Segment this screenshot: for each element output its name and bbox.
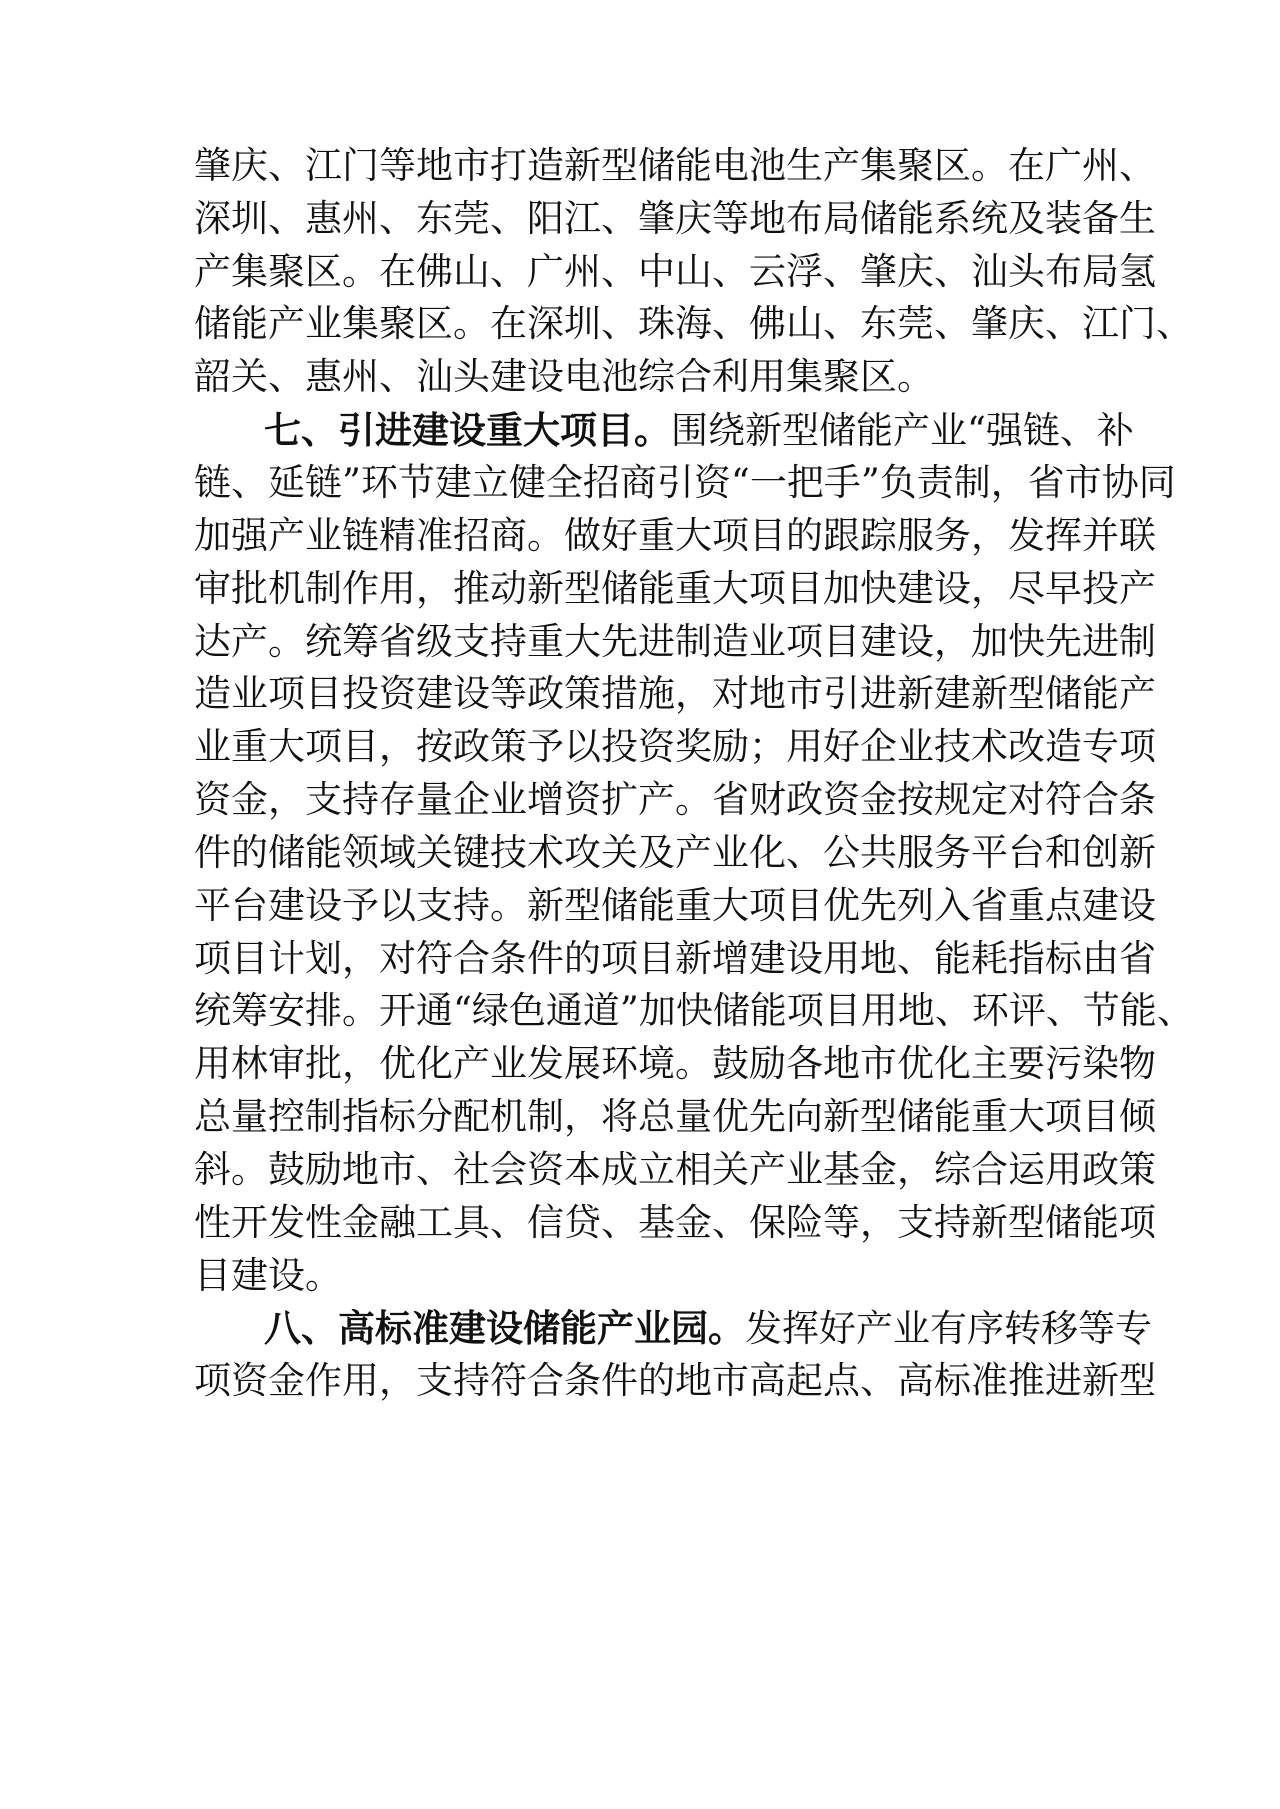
- paragraph-line: 韶关、惠州、汕头建设电池综合利用集聚区。: [194, 351, 1094, 403]
- paragraph-line: 目建设。: [194, 1250, 1094, 1302]
- paragraph-line: 项资金作用，支持符合条件的地市高起点、高标准推进新型: [194, 1355, 1094, 1407]
- paragraph-line: 件的储能领域关键技术攻关及产业化、公共服务平台和创新: [194, 827, 1094, 879]
- paragraph-line: 储能产业集聚区。在深圳、珠海、佛山、东莞、肇庆、江门、: [194, 298, 1094, 350]
- paragraph-line: 平台建设予以支持。新型储能重大项目优先列入省重点建设: [194, 880, 1094, 932]
- paragraph-line: 斜。鼓励地市、社会资本成立相关产业基金，综合运用政策: [194, 1144, 1094, 1196]
- paragraph-line: 性开发性金融工具、信贷、基金、保险等，支持新型储能项: [194, 1197, 1094, 1249]
- document-page: 肇庆、江门等地市打造新型储能电池生产集聚区。在广州、 深圳、惠州、东莞、阳江、肇…: [0, 0, 1280, 1809]
- paragraph-line: 深圳、惠州、东莞、阳江、肇庆等地布局储能系统及装备生: [194, 193, 1094, 245]
- paragraph-line: 资金，支持存量企业增资扩产。省财政资金按规定对符合条: [194, 774, 1094, 826]
- paragraph-line: 用林审批，优化产业发展环境。鼓励各地市优化主要污染物: [194, 1038, 1094, 1090]
- paragraph-line: 肇庆、江门等地市打造新型储能电池生产集聚区。在广州、: [194, 140, 1094, 192]
- paragraph-line: 产集聚区。在佛山、广州、中山、云浮、肇庆、汕头布局氢: [194, 246, 1094, 298]
- paragraph-line: 加强产业链精准招商。做好重大项目的跟踪服务，发挥并联: [194, 510, 1094, 562]
- paragraph-line: 统筹安排。开通“绿色通道”加快储能项目用地、环评、节能、: [194, 985, 1094, 1037]
- section-7-heading: 七、引进建设重大项目。: [264, 408, 671, 452]
- section-7-first-line: 七、引进建设重大项目。围绕新型储能产业“强链、补: [264, 404, 1094, 456]
- paragraph-line: 达产。统筹省级支持重大先进制造业项目建设，加快先进制: [194, 616, 1094, 668]
- paragraph-line: 总量控制指标分配机制，将总量优先向新型储能重大项目倾: [194, 1091, 1094, 1143]
- paragraph-line: 审批机制作用，推动新型储能重大项目加快建设，尽早投产: [194, 563, 1094, 615]
- paragraph-line: 业重大项目，按政策予以投资奖励；用好企业技术改造专项: [194, 721, 1094, 773]
- paragraph-line: 链、延链”环节建立健全招商引资“一把手”负责制，省市协同: [194, 457, 1094, 509]
- section-8-heading: 八、高标准建设储能产业园。: [264, 1306, 745, 1350]
- paragraph-line: 造业项目投资建设等政策措施，对地市引进新建新型储能产: [194, 668, 1094, 720]
- section-8-first-line: 八、高标准建设储能产业园。发挥好产业有序转移等专: [264, 1302, 1094, 1354]
- paragraph-line: 项目计划，对符合条件的项目新增建设用地、能耗指标由省: [194, 933, 1094, 985]
- section-8-text: 发挥好产业有序转移等专: [745, 1307, 1152, 1350]
- section-7-text: 围绕新型储能产业“强链、补: [671, 409, 1134, 452]
